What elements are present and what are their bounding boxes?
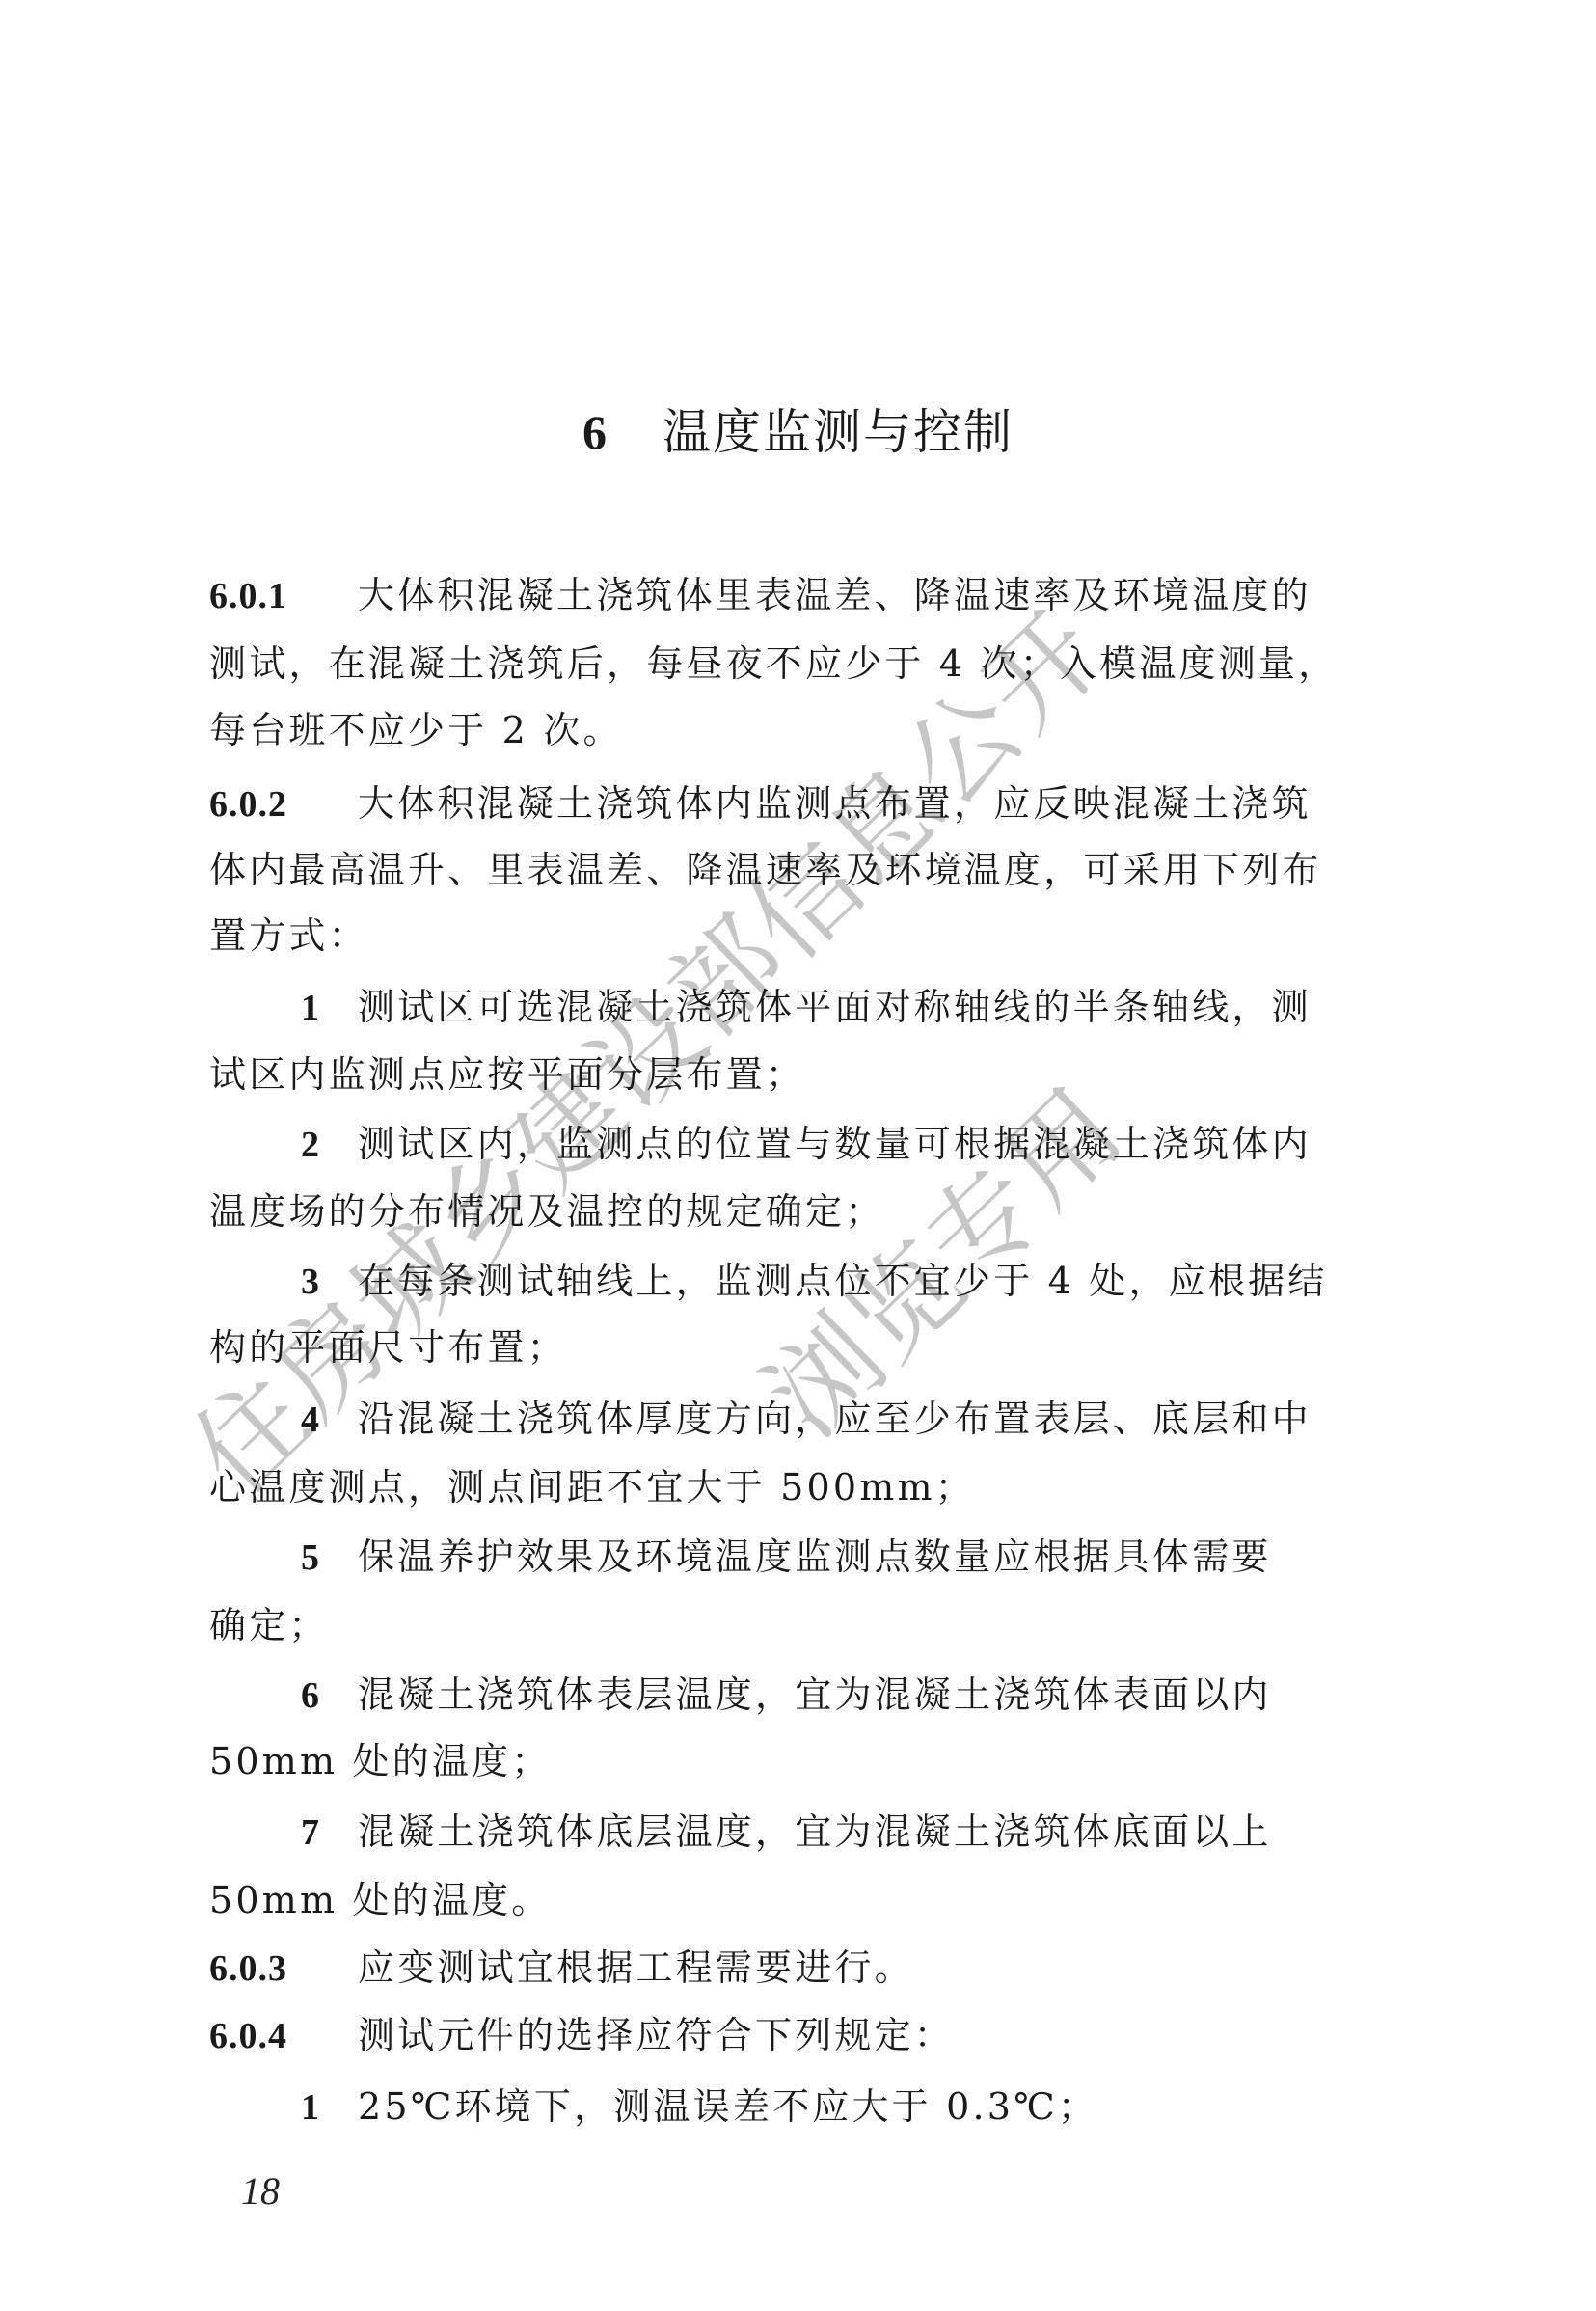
item-text: 混凝土浇筑体表层温度，宜为混凝土浇筑体表面以内 — [358, 1673, 1272, 1716]
item-number: 1 — [301, 984, 358, 1032]
item-number: 4 — [301, 1396, 358, 1444]
clause-text: 应变测试宜根据工程需要进行。 — [358, 1946, 914, 1989]
clause-number: 6.0.2 — [209, 780, 358, 829]
item-number: 3 — [301, 1258, 358, 1306]
list-item-4: 4沿混凝土浇筑体厚度方向，应至少布置表层、底层和中 — [209, 1395, 1479, 1444]
item-number: 5 — [301, 1534, 358, 1582]
item-number: 1 — [301, 2083, 358, 2132]
list-item-5: 5保温养护效果及环境温度监测点数量应根据具体需要 — [209, 1533, 1479, 1582]
clause-6-0-3: 6.0.3应变测试宜根据工程需要进行。 — [209, 1944, 1388, 1993]
clause-number: 6.0.1 — [209, 572, 358, 620]
clause-text-line: 每台班不应少于 2 次。 — [209, 706, 1388, 754]
list-item-7: 7混凝土浇筑体底层温度，宜为混凝土浇筑体底面以上 — [209, 1808, 1479, 1857]
page-number: 18 — [241, 2168, 280, 2214]
clause-text-line: 置方式： — [209, 911, 1388, 960]
item-text: 测试区可选混凝土浇筑体平面对称轴线的半条轴线，测 — [358, 986, 1312, 1028]
item-text-line: 50mm 处的温度。 — [209, 1876, 1388, 1924]
clause-text-line: 体内最高温升、里表温差、降温速率及环境温度，可采用下列布 — [209, 846, 1388, 894]
item-number: 7 — [301, 1808, 358, 1857]
item-text-line: 试区内监测点应按平面分层布置； — [209, 1050, 1388, 1099]
clause-6-0-1: 6.0.1大体积混凝土浇筑体里表温差、降温速率及环境温度的 — [209, 571, 1388, 620]
item-text: 保温养护效果及环境温度监测点数量应根据具体需要 — [358, 1536, 1272, 1578]
item-text: 沿混凝土浇筑体厚度方向，应至少布置表层、底层和中 — [358, 1398, 1312, 1440]
clause-number: 6.0.4 — [209, 2012, 358, 2060]
clause-text: 测试元件的选择应符合下列规定： — [358, 2014, 954, 2056]
clause-number: 6.0.3 — [209, 1944, 358, 1993]
item-text: 在每条测试轴线上，监测点位不宜少于 4 处，应根据结 — [358, 1260, 1328, 1302]
list-item-1: 125℃环境下，测温误差不应大于 0.3℃； — [209, 2082, 1479, 2132]
item-text-line: 50mm 处的温度； — [209, 1737, 1388, 1785]
list-item-1: 1测试区可选混凝土浇筑体平面对称轴线的半条轴线，测 — [209, 983, 1479, 1032]
document-page: 住房城乡建设部信息公开 浏览专用 6温度监测与控制 6.0.1大体积混凝土浇筑体… — [0, 0, 1596, 2311]
clause-6-0-2: 6.0.2大体积混凝土浇筑体内监测点布置，应反映混凝土浇筑 — [209, 779, 1388, 829]
list-item-6: 6混凝土浇筑体表层温度，宜为混凝土浇筑体表面以内 — [209, 1671, 1479, 1720]
clause-text: 大体积混凝土浇筑体内监测点布置，应反映混凝土浇筑 — [358, 782, 1312, 825]
clause-6-0-4: 6.0.4测试元件的选择应符合下列规定： — [209, 2011, 1388, 2060]
item-number: 2 — [301, 1121, 358, 1169]
list-item-3: 3在每条测试轴线上，监测点位不宜少于 4 处，应根据结 — [209, 1257, 1479, 1306]
chapter-title-text: 温度监测与控制 — [663, 404, 1014, 460]
clause-text: 大体积混凝土浇筑体里表温差、降温速率及环境温度的 — [358, 574, 1312, 616]
chapter-title: 6温度监测与控制 — [0, 403, 1596, 461]
item-text-line: 温度场的分布情况及温控的规定确定； — [209, 1187, 1388, 1236]
item-text-line: 心温度测点，测点间距不宜大于 500mm； — [209, 1463, 1388, 1511]
clause-text-line: 测试，在混凝土浇筑后，每昼夜不应少于 4 次；入模温度测量， — [209, 639, 1388, 688]
item-text: 测试区内，监测点的位置与数量可根据混凝土浇筑体内 — [358, 1123, 1312, 1165]
list-item-2: 2测试区内，监测点的位置与数量可根据混凝土浇筑体内 — [209, 1120, 1479, 1169]
item-text-line: 确定； — [209, 1601, 1388, 1649]
item-text: 25℃环境下，测温误差不应大于 0.3℃； — [358, 2085, 1097, 2128]
item-text: 混凝土浇筑体底层温度，宜为混凝土浇筑体底面以上 — [358, 1810, 1272, 1853]
chapter-number: 6 — [582, 405, 609, 459]
item-text-line: 构的平面尺寸布置； — [209, 1323, 1388, 1372]
item-number: 6 — [301, 1672, 358, 1720]
